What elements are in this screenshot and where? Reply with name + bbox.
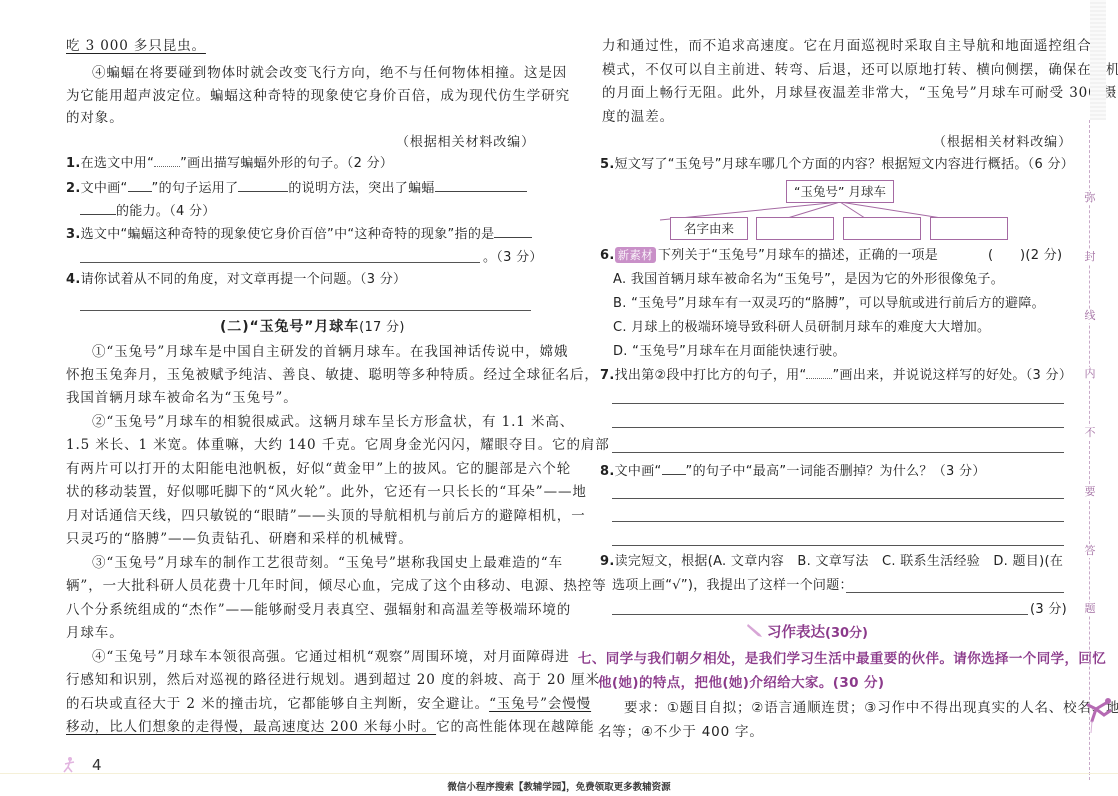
mindmap-root: “玉兔号” 月球车 — [786, 180, 894, 203]
passage-line: 移动，比人们想象的走得慢，最高速度达 200 米每小时。它的高性能体现在越障能 — [66, 718, 594, 736]
answer-bracket[interactable]: ( )(2 分) — [988, 247, 1062, 265]
question-4: 4.请你试着从不同的角度，对文章再提一个问题。（3 分） — [66, 271, 406, 289]
writing-prompt-cont: 他(她)的特点，把他(她)介绍给大家。(30 分) — [598, 674, 885, 692]
passage-line: 状的移动装置，好似哪吒脚下的“风火轮”。此外，它还有一只长长的“耳朵”——地 — [66, 483, 587, 501]
pencil-icon — [746, 622, 764, 638]
passage-line: 八个分系统组成的“杰作”——能够耐受月表真空、强辐射和高温差等极端环境的 — [66, 601, 571, 619]
answer-line[interactable] — [612, 614, 1028, 615]
mindmap-node-blank[interactable] — [843, 217, 921, 240]
passage-line: 行感知和识别，然后对巡视的路径进行规划。遇到超过 20 度的斜坡、高于 20 厘… — [66, 671, 600, 689]
passage-line: 月球车。 — [66, 624, 124, 642]
passage-line: ④“玉兔号”月球车本领很高强。它通过相机“观察”周围环境，对月面障碍进 — [92, 648, 570, 666]
question-9-cont: 选项上画“√”)，我提出了这样一个问题： — [612, 577, 853, 595]
passage-line: ①“玉兔号”月球车是中国自主研发的首辆月球车。在我国神话传说中，嫦娥 — [92, 343, 568, 361]
question-3-score: 。（3 分） — [483, 249, 543, 267]
straight-line-mark — [662, 461, 686, 475]
passage-tail-line: 吃 3 000 多只昆虫。 — [66, 37, 206, 55]
question-6: 6.新素材下列关于“玉兔号”月球车的描述，正确的一项是 — [600, 247, 938, 265]
runner-icon — [62, 756, 76, 774]
passage-line: 怀抱玉兔奔月，玉兔被赋予纯洁、善良、敏捷、聪明等多种特质。经过全球征名后， — [66, 366, 599, 384]
question-2-cont: 的能力。（4 分） — [80, 201, 216, 221]
answer-line[interactable] — [612, 521, 1064, 522]
mindmap-node-blank[interactable] — [756, 217, 834, 240]
mindmap-connectors — [560, 0, 1118, 260]
right-page: 力和通过性，而不追求高速度。它在月面巡视时采取自主导航和地面遥控组合的 模式，不… — [560, 0, 1118, 765]
mindmap-node-name-origin: 名字由来 — [670, 217, 748, 240]
question-1: 1.在选文中用“”画出描写蝙蝠外形的句子。（2 分） — [66, 155, 393, 173]
footer-watermark: 微信小程序搜索【教辅学园】，免费领取更多教辅资源 — [0, 779, 1118, 793]
binding-strip — [1090, 0, 1106, 120]
passage-line: 月对话通信天线，四只敏锐的“眼睛”——头顶的导航相机与前后方的避障相机，一 — [66, 507, 586, 525]
wavy-line-mark — [154, 155, 180, 167]
passage-paragraph-line: 的对象。 — [66, 109, 124, 127]
answer-line[interactable] — [612, 427, 1064, 428]
option-a[interactable]: A. 我国首辆月球车被命名为“玉兔号”，是因为它的外形很像兔子。 — [613, 271, 1004, 289]
option-d[interactable]: D. “玉兔号”月球车在月面能快速行驶。 — [613, 343, 846, 361]
passage-line: ②“玉兔号”月球车的相貌很威武。这辆月球车呈长方形盒状，有 1.1 米高、 — [92, 413, 574, 431]
writing-requirements-cont: 名等；④不少于 400 字。 — [598, 723, 764, 741]
margin-char: 内 — [1083, 367, 1097, 381]
margin-char: 弥 — [1083, 191, 1097, 205]
answer-blank[interactable] — [80, 201, 116, 215]
source-note: （根据相关材料改编） — [396, 134, 535, 152]
question-9: 9.读完短文，根据(A. 文章内容 B. 文章写法 C. 联系生活经验 D. 题… — [600, 553, 1063, 571]
question-2: 2.文中画“”的句子运用了的说明方法，突出了蝙蝠 — [66, 178, 527, 198]
margin-char: 答 — [1083, 544, 1097, 558]
answer-line[interactable] — [80, 262, 480, 263]
seal-line — [1089, 120, 1090, 780]
answer-line[interactable] — [80, 310, 531, 311]
question-8: 8.文中画“”的句子中“最高”一词能否删掉？为什么？（3 分） — [600, 461, 986, 481]
option-c[interactable]: C. 月球上的极端环境导致科研人员研制月球车的难度大大增加。 — [613, 319, 990, 337]
margin-char: 线 — [1083, 309, 1097, 323]
passage-paragraph-line: ④蝙蝠在将要碰到物体时就会改变飞行方向，绝不与任何物体相撞。这是因 — [92, 64, 567, 82]
page-number: 4 — [92, 756, 102, 774]
passage-line: 我国首辆月球车被命名为“玉兔号”。 — [66, 389, 298, 407]
passage-line: ③“玉兔号”月球车的制作工艺很苛刻。“玉兔号”堪称我国史上最难造的“车 — [92, 554, 563, 572]
answer-line[interactable] — [612, 545, 1064, 546]
left-page: 吃 3 000 多只昆虫。 ④蝙蝠在将要碰到物体时就会改变飞行方向，绝不与任何物… — [0, 0, 560, 765]
margin-char: 不 — [1083, 426, 1097, 440]
writing-section-heading: 习作表达(30分) — [767, 621, 868, 642]
passage-line: 1.5 米长、1 米宽。体重嘛，大约 140 千克。它周身金光闪闪，耀眼夺目。它… — [66, 436, 610, 454]
option-b[interactable]: B. “玉兔号”月球车有一双灵巧的“胳膊”，可以导航或进行前后方的避障。 — [613, 295, 1045, 313]
answer-line[interactable] — [612, 452, 1064, 453]
margin-char: 封 — [1083, 250, 1097, 264]
passage-line: 的石块或直径大于 2 米的撞击坑，它都能够自主判断，安全避让。“玉兔号”会慢慢 — [66, 695, 591, 713]
footer-band — [0, 773, 1118, 774]
question-9-score: (3 分) — [1030, 601, 1067, 619]
margin-char: 要 — [1083, 485, 1097, 499]
mindmap-node-blank[interactable] — [930, 217, 1008, 240]
section-title: (二)“玉兔号”月球车(17 分) — [220, 318, 405, 337]
new-material-tag: 新素材 — [615, 247, 656, 263]
passage-line: 有两片可以打开的太阳能电池帆板，好似“黄金甲”上的披风。它的腿部是六个轮 — [66, 460, 571, 478]
dancer-icon — [1082, 685, 1116, 735]
passage-line: 只灵巧的“胳膊”——负责钻孔、研磨和采样的机械臂。 — [66, 530, 413, 548]
answer-blank[interactable] — [435, 178, 527, 192]
answer-blank[interactable] — [238, 178, 288, 192]
question-7: 7.找出第②段中打比方的句子，用“”画出来，并说说这样写的好处。（3 分） — [600, 367, 1072, 385]
straight-line-mark — [128, 178, 152, 192]
answer-line[interactable] — [846, 592, 1064, 593]
wavy-line-mark — [806, 367, 832, 379]
question-3: 3.选文中“蝙蝠这种奇特的现象使它身价百倍”中“这种奇特的现象”指的是 — [66, 224, 532, 244]
passage-line: 辆”，一大批科研人员花费十几年时间，倾尽心血，完成了这个由移动、电源、热控等 — [66, 577, 607, 595]
writing-requirements: 要求：①题目自拟；②语言通顺连贯；③习作中不得出现真实的人名、校名、地 — [624, 699, 1118, 717]
writing-prompt: 七、同学与我们朝夕相处，是我们学习生活中最重要的伙伴。请你选择一个同学，回忆 — [578, 650, 1106, 668]
answer-line[interactable] — [612, 403, 1064, 404]
answer-blank[interactable] — [494, 224, 532, 238]
answer-line[interactable] — [612, 498, 1064, 499]
margin-char: 题 — [1083, 602, 1097, 616]
passage-paragraph-line: 为它能用超声波定位。蝙蝠这种奇特的现象使它身价百倍，成为现代仿生学研究 — [66, 87, 570, 105]
